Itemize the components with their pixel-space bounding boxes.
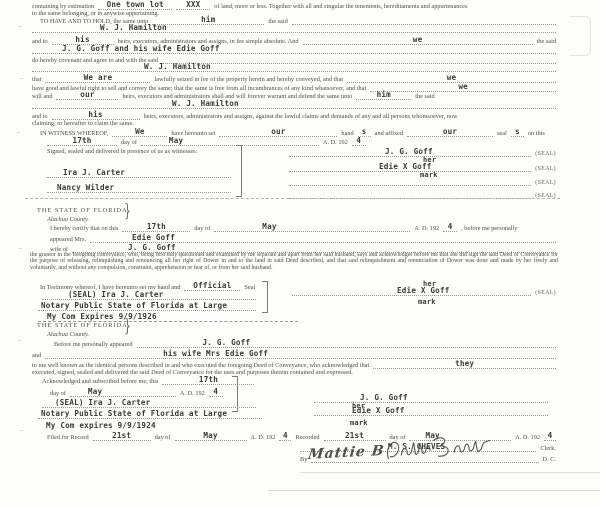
- ack2-sig-row-jg: J. G. Goff: [312, 394, 550, 403]
- clerk-label: Clerk.: [540, 445, 556, 452]
- typed-strikeout-xxx: XXX: [186, 1, 200, 9]
- typed-wife-edie-goff: his wife Mrs Edie Goff: [163, 350, 268, 358]
- form-text: day of: [121, 139, 137, 146]
- ack2-subscribed-line: Acknowledged and subscribed before me, t…: [40, 375, 256, 385]
- state-heading: THE STATE OF FLORIDA,: [35, 320, 132, 329]
- typed-month-may: May: [169, 137, 183, 145]
- typed-pronoun-we: We: [135, 128, 145, 136]
- typed-jg-goff: J. G. Goff: [128, 244, 176, 252]
- section-divider: [25, 198, 560, 199]
- typed-day-17th: 17th: [199, 376, 218, 384]
- typed-pronoun-him: him: [201, 16, 215, 24]
- typed-edie-goff: Edie Goff: [132, 234, 175, 242]
- state-county-brace: }: [124, 203, 131, 221]
- typed-year-4: 4: [448, 223, 453, 231]
- typed-pronoun-our: our: [80, 91, 94, 99]
- deed-line-warrant-defend: will and our heirs, executors and admini…: [30, 91, 558, 100]
- scan-artifact-line: [300, 472, 600, 473]
- county-heading: Alachua County.: [45, 329, 91, 338]
- witness-signature-row: Nancy Wilder: [45, 183, 233, 193]
- typed-year-4: 4: [213, 388, 218, 396]
- typed-plural-s: s: [515, 128, 520, 136]
- typed-day-17th: 17th: [72, 137, 91, 145]
- typed-day-17th: 17th: [147, 223, 166, 231]
- deed-line-grantee-name-3: W. J. Hamilton: [30, 100, 558, 109]
- typed-pronoun-our: our: [271, 128, 285, 136]
- scan-speck: [18, 26, 21, 27]
- notary-title-row-2: Notary Public State of Florida at Large: [36, 409, 264, 419]
- typed-grantors-names: J. G. Goff and his wife Edie Goff: [62, 45, 219, 53]
- scan-speck: [20, 78, 23, 79]
- form-text: that: [32, 76, 41, 83]
- signature-text: Mattie B: [307, 443, 385, 463]
- form-text: heirs, executors, administrators and ass…: [144, 113, 458, 120]
- typed-filed-year: 4: [283, 432, 288, 440]
- typed-pronoun-we: we: [413, 36, 423, 44]
- typed-pronoun-we: we: [458, 83, 468, 91]
- county-heading: Alachua County.: [45, 214, 91, 223]
- form-text: on this: [528, 130, 545, 137]
- form-text: and: [32, 352, 41, 359]
- deed-line-claiming: claiming, or hereafter to claim the same…: [30, 118, 136, 127]
- typed-filed-day: 21st: [112, 432, 131, 440]
- typed-year-4: 4: [356, 137, 361, 145]
- typed-witness-1: Ira J. Carter: [63, 169, 125, 177]
- ack-line-certify: I hereby certify that on this 17th day o…: [48, 223, 558, 232]
- notary-bracket: [262, 281, 268, 313]
- form-text: Alachua County.: [47, 216, 89, 223]
- form-text: appeared Mrs.: [50, 236, 86, 243]
- form-text: day of: [194, 225, 210, 232]
- typed-signature-edie-x-goff: Edie X Goff: [379, 163, 432, 171]
- typed-commission-expiry: My Com expires 9/9/1924: [38, 422, 156, 430]
- form-text: THE STATE OF FLORIDA,: [37, 207, 130, 214]
- typed-jg-goff: J. G. Goff: [203, 339, 251, 347]
- scan-speck: [20, 430, 23, 431]
- scan-speck: [18, 340, 21, 341]
- deed-line-signed-sealed: Signed, sealed and delivered in presence…: [45, 146, 199, 155]
- form-text: Before me personally appeared: [54, 341, 133, 348]
- typed-notary-seal-carter: (SEAL) Ira J. Carter: [68, 291, 163, 299]
- deed-line-date: 17th day of May A. D. 192 4: [45, 137, 355, 146]
- form-text: I hereby certify that on this: [50, 225, 118, 232]
- witness-signature-row: Ira J. Carter: [45, 168, 233, 178]
- typed-pronoun-his: his: [75, 36, 89, 44]
- ack2-line-and-wife: and his wife Mrs Edie Goff: [30, 349, 558, 359]
- seal-row-empty: (SEAL): [287, 177, 558, 186]
- typed-witness-2: Nancy Wilder: [57, 184, 114, 192]
- deed-line-grantors-names: J. G. Goff and his wife Edie Goff: [30, 45, 558, 54]
- typed-mark: mark: [418, 298, 436, 306]
- form-text: seal: [497, 130, 507, 137]
- ack2-sig-row-edie: Edie X Goff: [312, 407, 550, 416]
- typed-signature-edie-x-goff: Edie X Goff: [352, 407, 405, 415]
- form-text: A. D. 192: [180, 390, 205, 397]
- typed-month-may: May: [88, 388, 102, 396]
- typed-grantee-name: W. J. Hamilton: [144, 63, 211, 71]
- form-text: day of: [155, 434, 171, 441]
- ack2-line-appeared: Before me personally appeared J. G. Goff: [52, 338, 558, 348]
- ack-line-appeared-mrs: appeared Mrs. Edie Goff: [48, 234, 558, 243]
- typed-notary-title: Notary Public State of Florida at Large: [41, 302, 227, 310]
- form-text: THE STATE OF FLORIDA,: [37, 322, 130, 329]
- typed-filed-month: May: [203, 432, 217, 440]
- typed-plural-s: s: [362, 128, 367, 136]
- dower-release-paragraph: the grantor in the foregoing conveyance,…: [30, 252, 558, 271]
- typed-signature-edie-x-goff: Edie X Goff: [397, 287, 450, 295]
- typed-pronoun-we: we: [447, 74, 457, 82]
- state-heading: THE STATE OF FLORIDA,: [35, 205, 132, 214]
- ack2-date-line: day of May A. D. 192 4: [48, 387, 225, 397]
- notary-title-row: Notary Public State of Florida at Large: [36, 301, 258, 311]
- scan-speck: [17, 132, 20, 133]
- form-text: of land, more or less. Together with all…: [214, 3, 467, 10]
- typed-recorded-year: 4: [548, 432, 553, 440]
- typed-notary-seal-carter: (SEAL) Ira J. Carter: [55, 399, 150, 407]
- form-text: and affixed: [375, 130, 403, 137]
- form-text: claiming, or hereafter to claim the same…: [32, 120, 134, 127]
- deputy-clerk-label: D. C.: [543, 456, 556, 463]
- commission-expiry-row-2: My Com expires 9/9/1924: [36, 420, 158, 430]
- form-text: the said: [537, 38, 556, 45]
- notary-signature-row: (SEAL) Ira J. Carter: [40, 290, 258, 300]
- typed-grantee-name: W. J. Hamilton: [172, 100, 239, 108]
- form-text: hand: [341, 130, 353, 137]
- deed-document-page: containing by estimation One town lot XX…: [0, 0, 600, 506]
- typed-they: they: [455, 360, 474, 368]
- deed-line-witness-whereof: IN WITNESS WHEREOF, We have hereunto set…: [38, 128, 558, 137]
- form-text: Signed, sealed and delivered in presence…: [47, 148, 197, 155]
- form-text: and to: [32, 38, 48, 45]
- seal-label: (SEAL): [535, 290, 556, 296]
- typed-official: Official: [193, 282, 231, 290]
- form-text: lawfully seized in fee of the property h…: [154, 76, 343, 83]
- scan-artifact-line: [268, 490, 600, 491]
- typed-pronoun-him: him: [377, 91, 391, 99]
- typed-month-may: May: [262, 223, 276, 231]
- seal-row-edie: Edie X Goff (SEAL): [290, 287, 558, 296]
- typed-grantee-name: W. J. Hamilton: [100, 24, 167, 32]
- typed-signature-jg-goff: J. G. Goff: [360, 394, 408, 402]
- form-text: the said: [415, 93, 434, 100]
- form-text: A. D. 192: [323, 139, 348, 146]
- seal-label: (SEAL): [535, 166, 556, 172]
- deed-line-seized: that We are lawfully seized in fee of th…: [30, 74, 558, 83]
- signature-flourish-icon: [384, 431, 495, 465]
- witness-bracket: [236, 145, 242, 197]
- scan-speck: [19, 248, 22, 249]
- form-text: A. D. 192: [414, 225, 439, 232]
- typed-mark: mark: [350, 419, 368, 427]
- form-text: Filed for Record: [47, 434, 89, 441]
- notary-signature-row-2: (SEAL) Ira J. Carter: [40, 398, 258, 408]
- form-text: day of: [50, 390, 66, 397]
- deed-line-grantee-name-2: W. J. Hamilton: [30, 63, 558, 72]
- form-text: A. D. 192: [251, 434, 276, 441]
- deed-line-grantee-name: W. J. Hamilton: [30, 24, 558, 33]
- scan-artifact-bracket: [570, 16, 591, 56]
- seal-label: (SEAL): [535, 180, 556, 186]
- seal-label: (SEAL): [535, 151, 556, 157]
- typed-notary-title: Notary Public State of Florida at Large: [41, 410, 227, 418]
- form-text: Acknowledged and subscribed before me, t…: [42, 378, 158, 385]
- state-county-brace: }: [124, 318, 131, 336]
- form-text: Alachua County.: [47, 331, 89, 338]
- form-text: , before me personally: [461, 225, 517, 232]
- typed-pronoun-our: our: [443, 128, 457, 136]
- form-text: A. D. 192: [515, 434, 540, 441]
- form-text: will and: [32, 93, 52, 100]
- typed-we-are: We are: [84, 74, 113, 82]
- typed-signature-jg-goff: J. G. Goff: [385, 148, 433, 156]
